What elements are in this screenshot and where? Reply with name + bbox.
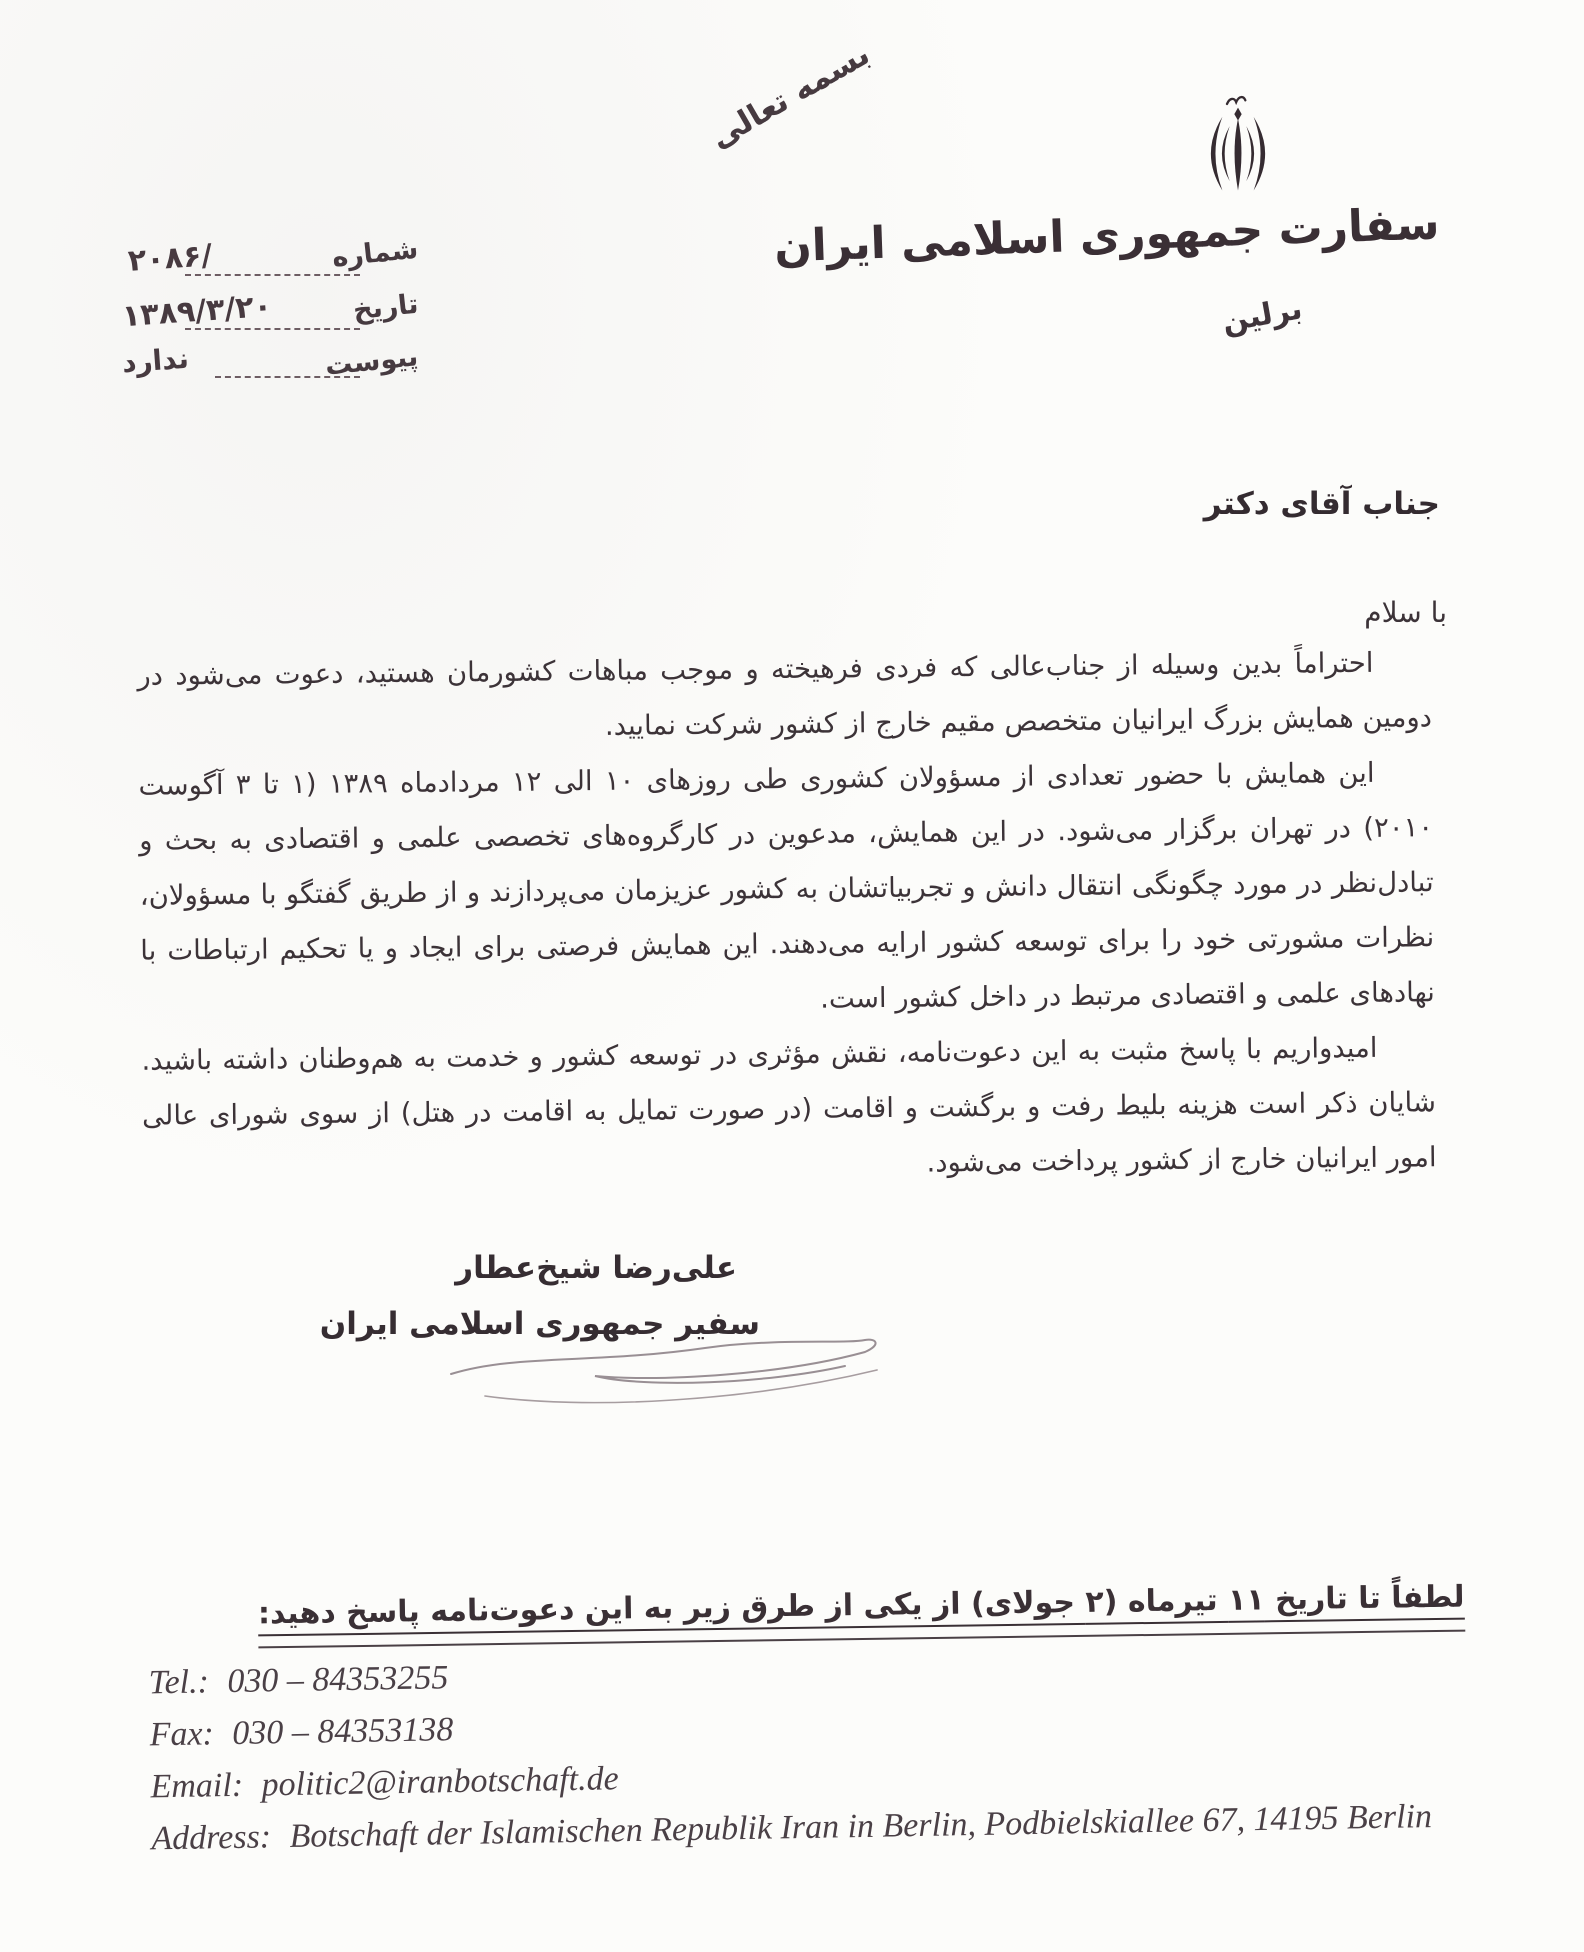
attachment-dotted-line [215, 374, 360, 378]
address-label: Address: [151, 1818, 271, 1857]
salutation-line: با سلام [1364, 596, 1447, 629]
email-value: politic2@iranbotschaft.de [261, 1760, 619, 1803]
email-label: Email: [150, 1767, 243, 1806]
letter-page: بسمه تعالی سفارت جمهوری اسلامی ایران برل… [0, 0, 1584, 1952]
tel-label: Tel.: [148, 1663, 209, 1701]
number-label: شماره [330, 234, 419, 274]
attachment-value: ندارد [121, 342, 190, 380]
body-paragraph-1: احتراماً بدین وسیله از جناب‌عالی که فردی… [137, 635, 1432, 759]
body-paragraph-2: این همایش با حضور تعدادی از مسؤولان کشور… [138, 745, 1435, 1034]
letter-body: احتراماً بدین وسیله از جناب‌عالی که فردی… [137, 635, 1437, 1199]
fax-label: Fax: [149, 1715, 214, 1753]
recipient-line: جناب آقای دکتر [1204, 486, 1440, 522]
fax-value: 030 – 84353138 [232, 1711, 454, 1752]
iran-emblem-icon [1192, 92, 1284, 208]
handwritten-signature [445, 1330, 895, 1420]
embassy-title: سفارت جمهوری اسلامی ایران [774, 198, 1441, 272]
date-label: تاریخ [351, 289, 419, 327]
signature-name: علی‌رضا شیخ‌عطار [455, 1250, 737, 1286]
bismillah-calligraphy: بسمه تعالی [694, 30, 885, 161]
tel-value: 030 – 84353255 [227, 1659, 449, 1700]
contact-block: Tel.: 030 – 84353255 Fax: 030 – 84353138… [148, 1633, 1571, 1866]
embassy-city: برلین [1220, 291, 1305, 339]
number-value: ۲۰۸۶/ [127, 238, 213, 279]
body-paragraph-3: امیدواریم با پاسخ مثبت به این دعوت‌نامه،… [141, 1020, 1437, 1199]
